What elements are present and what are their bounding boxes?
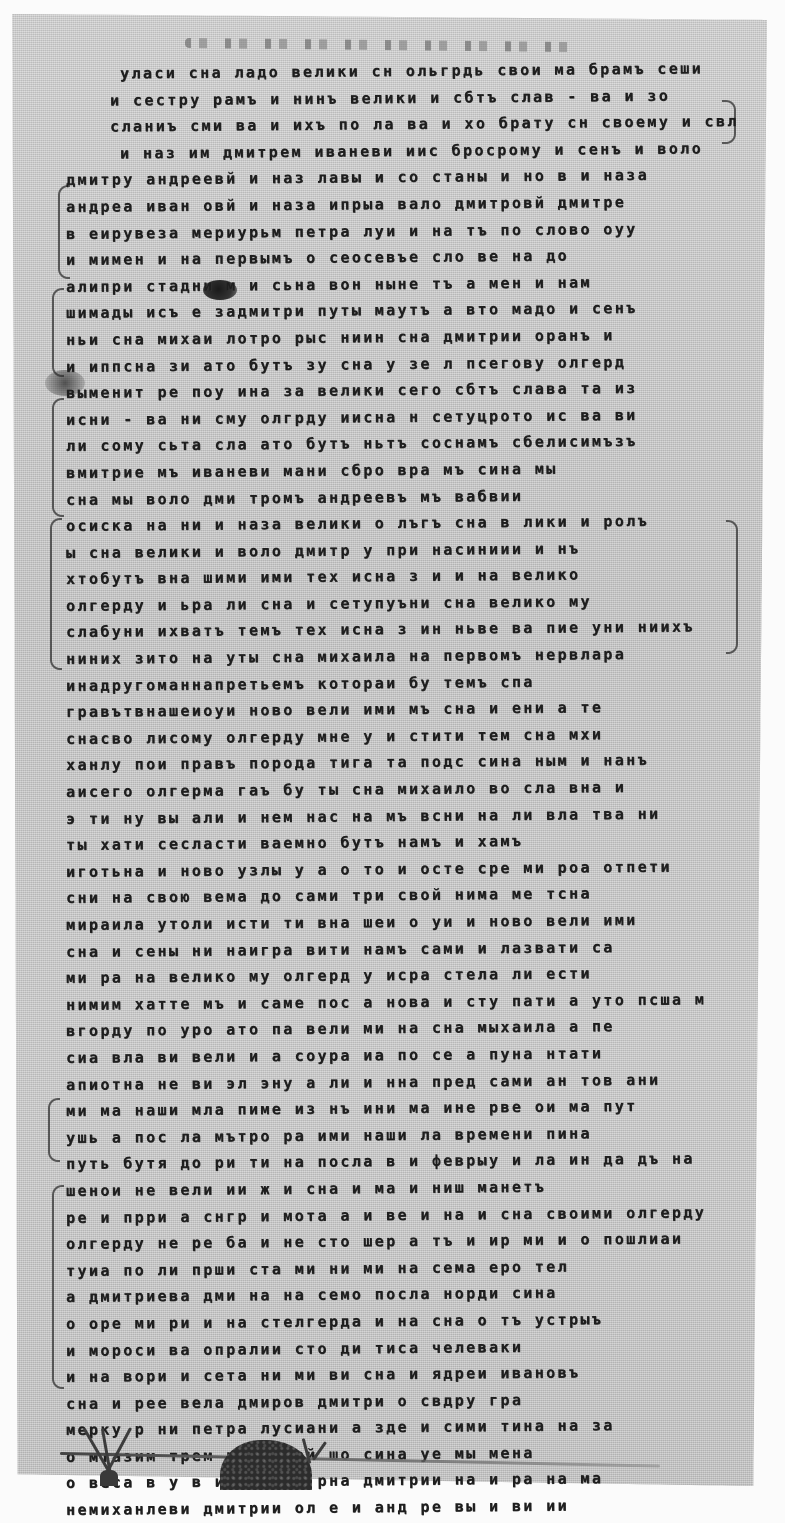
manuscript-text: уласи сна ладо велики сн ольгрдь свои ма… [58,58,738,1521]
cord-knot [100,1470,118,1486]
text-line: немиханлеви дмитрии ол е и анд ре вы и в… [58,1491,738,1523]
